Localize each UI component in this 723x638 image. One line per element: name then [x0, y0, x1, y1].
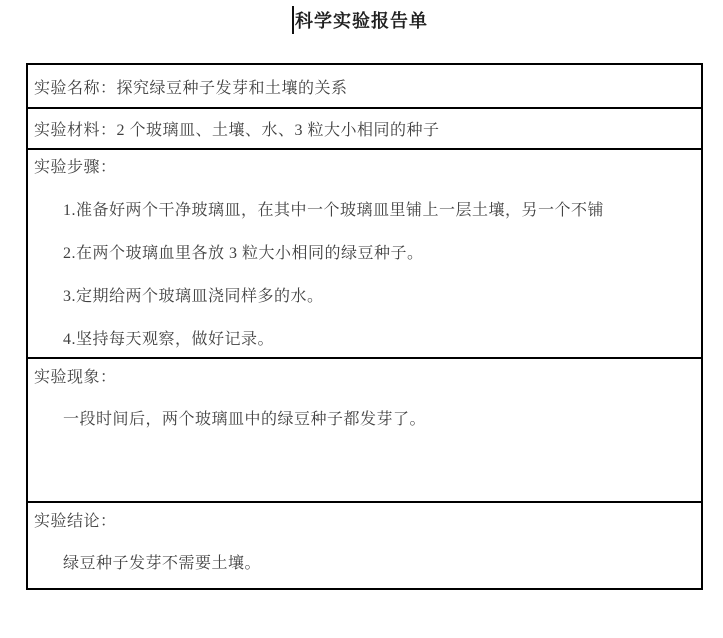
experiment-conclusion-label: 实验结论： [34, 512, 695, 531]
experiment-steps-label: 实验步骤： [34, 158, 695, 177]
experiment-observation-text: 一段时间后，两个玻璃皿中的绿豆种子都发芽了。 [63, 411, 695, 429]
row-experiment-observation[interactable]: 实验现象： 一段时间后，两个玻璃皿中的绿豆种子都发芽了。 [28, 357, 701, 501]
experiment-step-4: 4.坚持每天观察，做好记录。 [63, 331, 695, 349]
experiment-conclusion-text: 绿豆种子发芽不需要土壤。 [63, 555, 695, 573]
row-experiment-steps[interactable]: 实验步骤： 1.准备好两个干净玻璃皿，在其中一个玻璃皿里铺上一层土壤，另一个不铺… [28, 148, 701, 357]
document-title-row[interactable]: 科学实验报告单 [0, 8, 723, 34]
row-experiment-conclusion[interactable]: 实验结论： 绿豆种子发芽不需要土壤。 [28, 501, 701, 584]
document-page: 科学实验报告单 实验名称：探究绿豆种子发芽和土壤的关系 实验材料：2 个玻璃皿、… [0, 0, 723, 638]
experiment-step-3: 3.定期给两个玻璃皿浇同样多的水。 [63, 288, 695, 306]
experiment-step-1: 1.准备好两个干净玻璃皿，在其中一个玻璃皿里铺上一层土壤，另一个不铺 [63, 202, 695, 220]
row-experiment-materials[interactable]: 实验材料：2 个玻璃皿、土壤、水、3 粒大小相同的种子 [28, 107, 701, 148]
text-cursor [292, 6, 294, 34]
row-experiment-name[interactable]: 实验名称：探究绿豆种子发芽和土壤的关系 [28, 65, 701, 107]
experiment-name-text: 实验名称：探究绿豆种子发芽和土壤的关系 [34, 75, 348, 98]
experiment-observation-label: 实验现象： [34, 368, 695, 387]
document-title: 科学实验报告单 [295, 8, 428, 34]
experiment-materials-text: 实验材料：2 个玻璃皿、土壤、水、3 粒大小相同的种子 [34, 117, 440, 140]
report-table: 实验名称：探究绿豆种子发芽和土壤的关系 实验材料：2 个玻璃皿、土壤、水、3 粒… [26, 63, 703, 590]
experiment-step-2: 2.在两个玻璃血里各放 3 粒大小相同的绿豆种子。 [63, 245, 695, 263]
